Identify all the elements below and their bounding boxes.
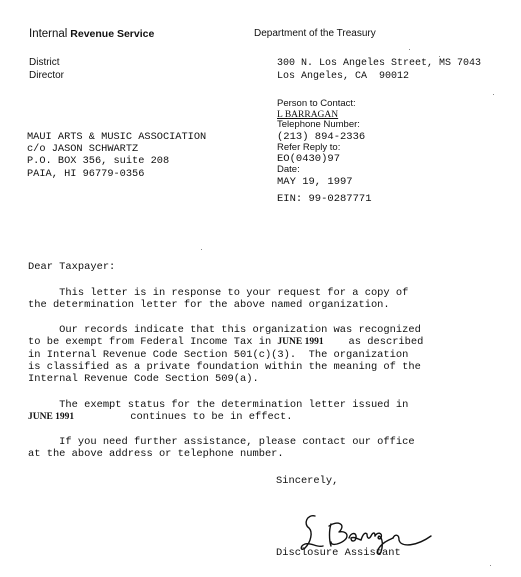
signature-icon xyxy=(285,492,435,542)
exemption-date: JUNE 1991 xyxy=(277,337,323,347)
scan-speck xyxy=(409,49,410,50)
recipient-line2: c/o JASON SCHWARTZ xyxy=(27,143,206,155)
person-to-contact-label: Person to Contact: xyxy=(277,99,372,109)
salutation: Dear Taxpayer: xyxy=(28,261,115,273)
office-address: 300 N. Los Angeles Street, MS 7043Los An… xyxy=(277,58,481,83)
signer-title: Disclosure Assistant xyxy=(276,547,401,559)
agency-name: Internal Revenue Service xyxy=(29,28,154,40)
ein-value: EIN: 99-0287771 xyxy=(277,194,372,205)
paragraph-line: the determination letter for the above n… xyxy=(28,299,408,311)
paragraph-line: is classified as a private foundation wi… xyxy=(28,361,423,373)
paragraph-text: to be exempt from Federal Income Tax in xyxy=(28,336,277,348)
recipient-address: MAUI ARTS & MUSIC ASSOCIATIONc/o JASON S… xyxy=(27,131,206,180)
paragraph-text: as described xyxy=(324,336,424,348)
scan-speck xyxy=(490,565,491,566)
recipient-line1: MAUI ARTS & MUSIC ASSOCIATION xyxy=(27,131,206,143)
date-label: Date: xyxy=(277,165,372,175)
scan-speck xyxy=(493,94,494,95)
paragraph-line: Our records indicate that this organizat… xyxy=(28,324,423,336)
paragraph-line: If you need further assistance, please c… xyxy=(28,436,415,448)
contact-block: Person to Contact: L BARRAGAN Telephone … xyxy=(277,99,372,205)
valediction: Sincerely, xyxy=(276,475,338,487)
address-line1: 300 N. Los Angeles Street, MS 7043 xyxy=(277,58,481,71)
office-title: DistrictDirector xyxy=(29,57,64,82)
paragraph-line: in Internal Revenue Code Section 501(c)(… xyxy=(28,349,423,361)
paragraph-line: at the above address or telephone number… xyxy=(28,448,415,460)
paragraph-line: Internal Revenue Code Section 509(a). xyxy=(28,373,423,385)
paragraph-assistance: If you need further assistance, please c… xyxy=(28,436,415,461)
date-value: MAY 19, 1997 xyxy=(277,177,372,188)
recipient-line4: PAIA, HI 96779-0356 xyxy=(27,168,206,180)
paragraph-text: continues to be in effect. xyxy=(74,411,292,423)
recipient-line3: P.O. BOX 356, suite 208 xyxy=(27,155,206,167)
paragraph-line: This letter is in response to your reque… xyxy=(28,287,408,299)
telephone-label: Telephone Number: xyxy=(277,120,372,130)
office-title-line1: District xyxy=(29,57,64,70)
refer-reply-label: Refer Reply to: xyxy=(277,143,372,153)
paragraph-line: The exempt status for the determination … xyxy=(28,399,408,411)
paragraph-status: The exempt status for the determination … xyxy=(28,399,408,424)
determination-date: JUNE 1991 xyxy=(28,412,74,422)
paragraph-line: JUNE 1991 continues to be in effect. xyxy=(28,411,408,423)
department-name: Department of the Treasury xyxy=(254,28,376,39)
agency-name-first: Internal xyxy=(29,28,67,40)
office-title-line2: Director xyxy=(29,70,64,83)
address-line2: Los Angeles, CA 90012 xyxy=(277,71,481,84)
paragraph-recognition: Our records indicate that this organizat… xyxy=(28,324,423,385)
scan-speck xyxy=(439,56,440,57)
paragraph-request: This letter is in response to your reque… xyxy=(28,287,408,312)
agency-name-rest: Revenue Service xyxy=(67,28,154,40)
scan-speck xyxy=(201,249,202,250)
paragraph-line: to be exempt from Federal Income Tax in … xyxy=(28,336,423,348)
